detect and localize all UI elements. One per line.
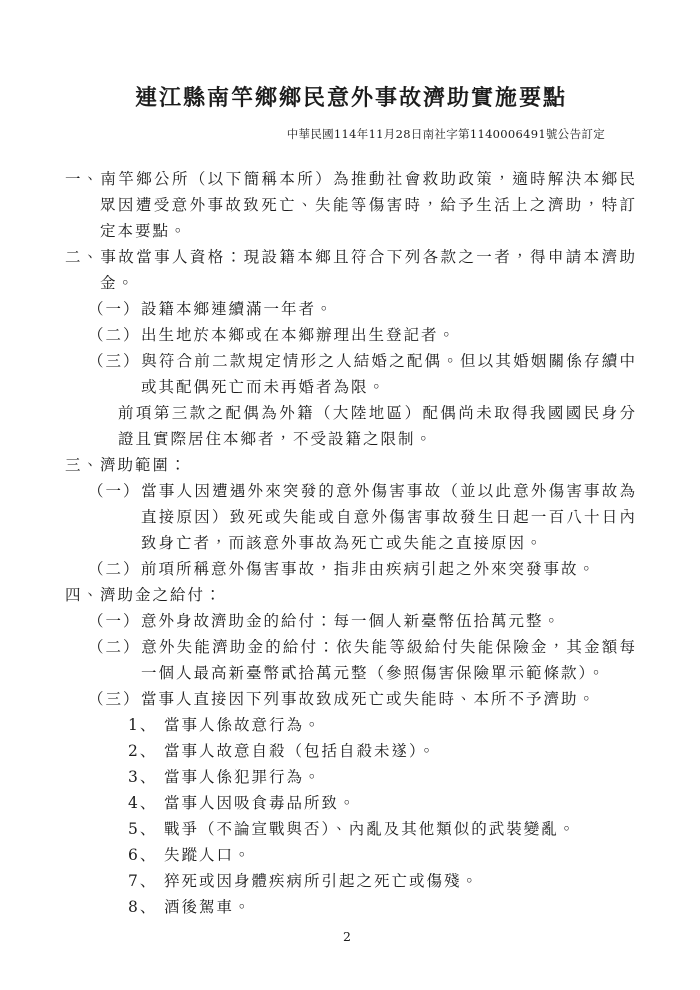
- item-marker: 四、: [65, 582, 100, 608]
- numbered-item: 7、猝死或因身體疾病所引起之死亡或傷殘。: [128, 868, 637, 894]
- sub-item: （一）當事人因遭遇外來突發的意外傷害事故（並以此意外傷害事故為直接原因）致死或失…: [88, 478, 637, 556]
- item-marker: 7、: [128, 868, 164, 894]
- item-marker: （三）: [88, 686, 141, 712]
- item-marker: （一）: [88, 296, 141, 322]
- item-marker: （一）: [88, 608, 141, 634]
- article-paragraph: 前項第三款之配偶為外籍（大陸地區）配偶尚未取得我國國民身分證且實際居住本鄉者，不…: [118, 400, 637, 452]
- sub-item: （二）出生地於本鄉或在本鄉辦理出生登記者。: [88, 322, 637, 348]
- item-marker: 6、: [128, 842, 164, 868]
- item-text: 失蹤人口。: [164, 846, 252, 864]
- numbered-item: 2、當事人故意自殺（包括自殺未遂）。: [128, 738, 637, 764]
- numbered-item: 1、當事人係故意行為。: [128, 712, 637, 738]
- item-text: 當事人因遭遇外來突發的意外傷害事故（並以此意外傷害事故為直接原因）致死或失能或自…: [141, 482, 637, 552]
- item-marker: （一）: [88, 478, 141, 504]
- item-text: 當事人直接因下列事故致成死亡或失能時、本所不予濟助。: [141, 690, 596, 708]
- numbered-item: 4、當事人因吸食毒品所致。: [128, 790, 637, 816]
- document-body: 一、南竿鄉公所（以下簡稱本所）為推動社會救助政策，適時解決本鄉民眾因遭受意外事故…: [65, 166, 637, 920]
- item-text: 出生地於本鄉或在本鄉辦理出生登記者。: [141, 326, 456, 344]
- item-marker: （二）: [88, 322, 141, 348]
- article: 四、濟助金之給付：: [65, 582, 637, 608]
- item-marker: （三）: [88, 348, 141, 374]
- item-text: 前項第三款之配偶為外籍（大陸地區）配偶尚未取得我國國民身分證且實際居住本鄉者，不…: [118, 404, 637, 448]
- page-title: 連江縣南竿鄉鄉民意外事故濟助實施要點: [65, 84, 637, 112]
- article: 一、南竿鄉公所（以下簡稱本所）為推動社會救助政策，適時解決本鄉民眾因遭受意外事故…: [65, 166, 637, 244]
- item-marker: 5、: [128, 816, 164, 842]
- item-text: 南竿鄉公所（以下簡稱本所）為推動社會救助政策，適時解決本鄉民眾因遭受意外事故致死…: [100, 170, 637, 240]
- item-text: 前項所稱意外傷害事故，指非由疾病引起之外來突發事故。: [141, 560, 596, 578]
- item-marker: 一、: [65, 166, 100, 192]
- item-marker: 2、: [128, 738, 164, 764]
- numbered-item: 8、酒後駕車。: [128, 894, 637, 920]
- numbered-item: 6、失蹤人口。: [128, 842, 637, 868]
- sub-item: （三）與符合前二款規定情形之人結婚之配偶。但以其婚姻關係存續中或其配偶死亡而未再…: [88, 348, 637, 400]
- item-text: 當事人故意自殺（包括自殺未遂）。: [164, 742, 436, 760]
- article: 二、事故當事人資格：現設籍本鄉且符合下列各款之一者，得申請本濟助金。: [65, 244, 637, 296]
- item-text: 與符合前二款規定情形之人結婚之配偶。但以其婚姻關係存續中或其配偶死亡而未再婚者為…: [141, 352, 637, 396]
- item-text: 意外失能濟助金的給付：依失能等級給付失能保險金，其金額每一個人最高新臺幣貳拾萬元…: [141, 638, 637, 682]
- sub-item: （一）意外身故濟助金的給付：每一個人新臺幣伍拾萬元整。: [88, 608, 637, 634]
- sub-item: （二）前項所稱意外傷害事故，指非由疾病引起之外來突發事故。: [88, 556, 637, 582]
- item-text: 事故當事人資格：現設籍本鄉且符合下列各款之一者，得申請本濟助金。: [100, 248, 637, 292]
- item-text: 戰爭（不論宣戰與否）、內亂及其他類似的武裝變亂。: [164, 820, 576, 838]
- item-text: 當事人因吸食毒品所致。: [164, 794, 357, 812]
- item-text: 濟助金之給付：: [100, 586, 223, 604]
- page-number: 2: [0, 929, 694, 944]
- item-text: 濟助範圍：: [100, 456, 188, 474]
- article: 三、濟助範圍：: [65, 452, 637, 478]
- item-marker: 1、: [128, 712, 164, 738]
- item-marker: （二）: [88, 634, 141, 660]
- sub-item: （二）意外失能濟助金的給付：依失能等級給付失能保險金，其金額每一個人最高新臺幣貳…: [88, 634, 637, 686]
- numbered-item: 3、當事人係犯罪行為。: [128, 764, 637, 790]
- item-text: 意外身故濟助金的給付：每一個人新臺幣伍拾萬元整。: [141, 612, 561, 630]
- item-text: 設籍本鄉連續滿一年者。: [141, 300, 334, 318]
- promulgation-line: 中華民國114年11月28日南社字第1140006491號公告訂定: [65, 127, 605, 141]
- item-text: 當事人係故意行為。: [164, 716, 322, 734]
- item-text: 當事人係犯罪行為。: [164, 768, 322, 786]
- item-marker: 4、: [128, 790, 164, 816]
- item-text: 酒後駕車。: [164, 898, 252, 916]
- item-marker: （二）: [88, 556, 141, 582]
- item-marker: 三、: [65, 452, 100, 478]
- item-text: 猝死或因身體疾病所引起之死亡或傷殘。: [164, 872, 479, 890]
- document-page: 連江縣南竿鄉鄉民意外事故濟助實施要點 中華民國114年11月28日南社字第114…: [0, 0, 700, 990]
- sub-item: （三）當事人直接因下列事故致成死亡或失能時、本所不予濟助。: [88, 686, 637, 712]
- sub-item: （一）設籍本鄉連續滿一年者。: [88, 296, 637, 322]
- item-marker: 3、: [128, 764, 164, 790]
- numbered-item: 5、戰爭（不論宣戰與否）、內亂及其他類似的武裝變亂。: [128, 816, 637, 842]
- item-marker: 二、: [65, 244, 100, 270]
- item-marker: 8、: [128, 894, 164, 920]
